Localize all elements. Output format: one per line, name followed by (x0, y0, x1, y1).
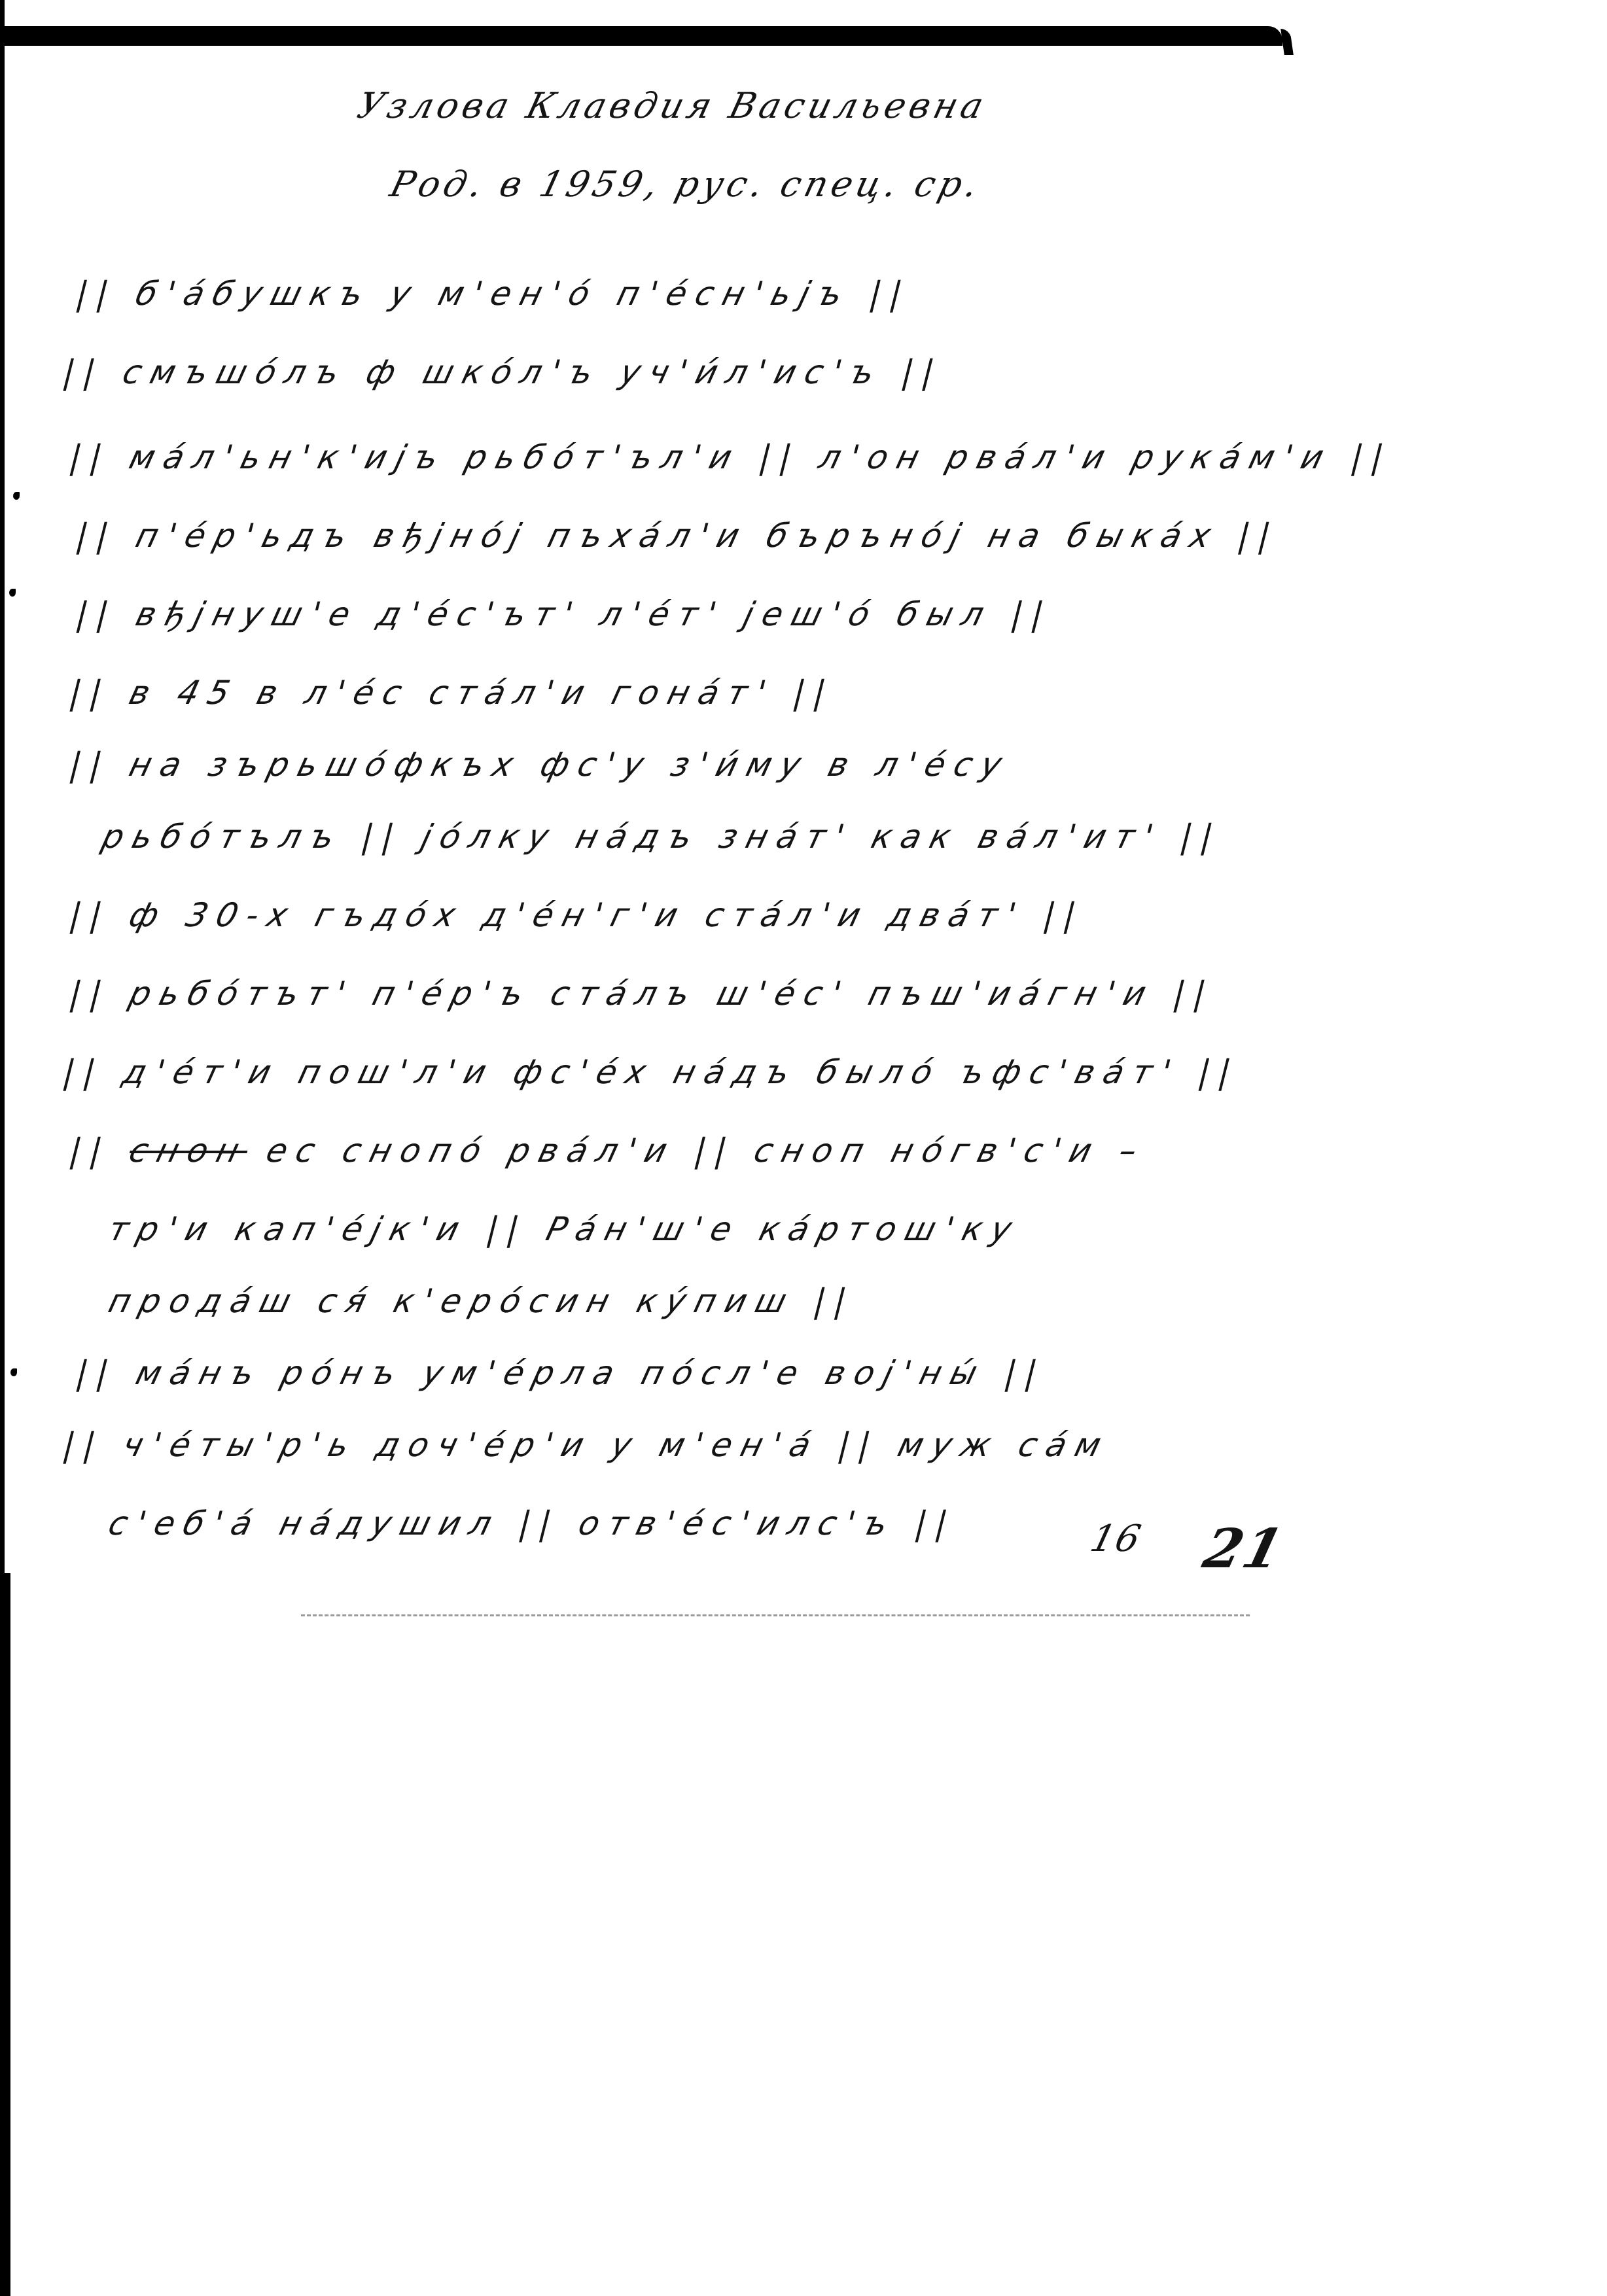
page-number-large: 21 (1197, 1518, 1290, 1580)
scan-border-top (0, 26, 1282, 46)
scan-border-left (0, 0, 5, 1573)
struck-word: снон (126, 1132, 253, 1170)
transcription-line: || ма́л'ьн'к'ијъ рьбо́т'ъл'и || л'он рва… (65, 438, 1397, 476)
transcription-line: рьбо́тълъ || јо́лку на́дъ зна́т' как ва́… (98, 818, 1226, 856)
informant-info: Род. в 1959, рус. спец. ср. (386, 164, 986, 205)
transcription-line: || б'а́бушкъ у м'ен'о́ п'е́сн'ьjъ || (72, 275, 915, 313)
page-number-small: 16 (1086, 1518, 1146, 1560)
margin-mark (10, 1368, 17, 1376)
margin-mark (9, 589, 16, 597)
transcription-line: || снон ес снопо́ рва́л'и || сноп но́гв'… (65, 1132, 1150, 1170)
transcription-line: с'еб'а́ на́душил || отв'е́с'илс'ъ || (105, 1505, 961, 1542)
transcription-line: || ч'е́ты'р'ь доч'е́р'и у м'ен'а́ || муж… (59, 1426, 1114, 1464)
informant-name: Узлова Клавдия Васильевна (353, 85, 991, 126)
transcription-line: || на зърьшо́фкъх фс'у з'и́му в л'е́су (65, 746, 1015, 784)
margin-mark (13, 492, 20, 500)
faint-dashed-line (301, 1614, 1250, 1616)
transcription-line: тр'и кап'е́јк'и || Ра́н'ш'е ка́ртош'ку (105, 1210, 1025, 1248)
transcription-line: || д'е́т'и пош'л'и фс'е́х на́дъ было́ ъф… (59, 1053, 1244, 1091)
transcription-line: || смъшо́лъ ф шко́л'ъ уч'и́л'ис'ъ || (59, 353, 947, 391)
transcription-line: || ма́нъ ро́нъ ум'е́рла по́сл'е вој'ны́ … (72, 1354, 1050, 1392)
scan-border-left-thick (0, 1573, 10, 2296)
transcription-line: || в 45 в л'е́с ста́л'и гона́т' || (65, 674, 839, 712)
transcription-line: || рьбо́тът' п'е́р'ъ ста́лъ ш'е́с' пъш'и… (65, 975, 1219, 1013)
transcription-line: || вђјнуш'е д'е́с'ът' л'е́т' јеш'о́ был … (72, 595, 1057, 633)
transcription-line: || ф 30-х гъдо́х д'е́н'г'и ста́л'и два́т… (65, 896, 1089, 934)
transcription-line: прода́ш ся́ к'еро́син ку́пиш || (105, 1282, 860, 1320)
transcription-line: || п'е́р'ьдъ вђјно́ј пъха́л'и бъръно́ј н… (72, 517, 1284, 555)
